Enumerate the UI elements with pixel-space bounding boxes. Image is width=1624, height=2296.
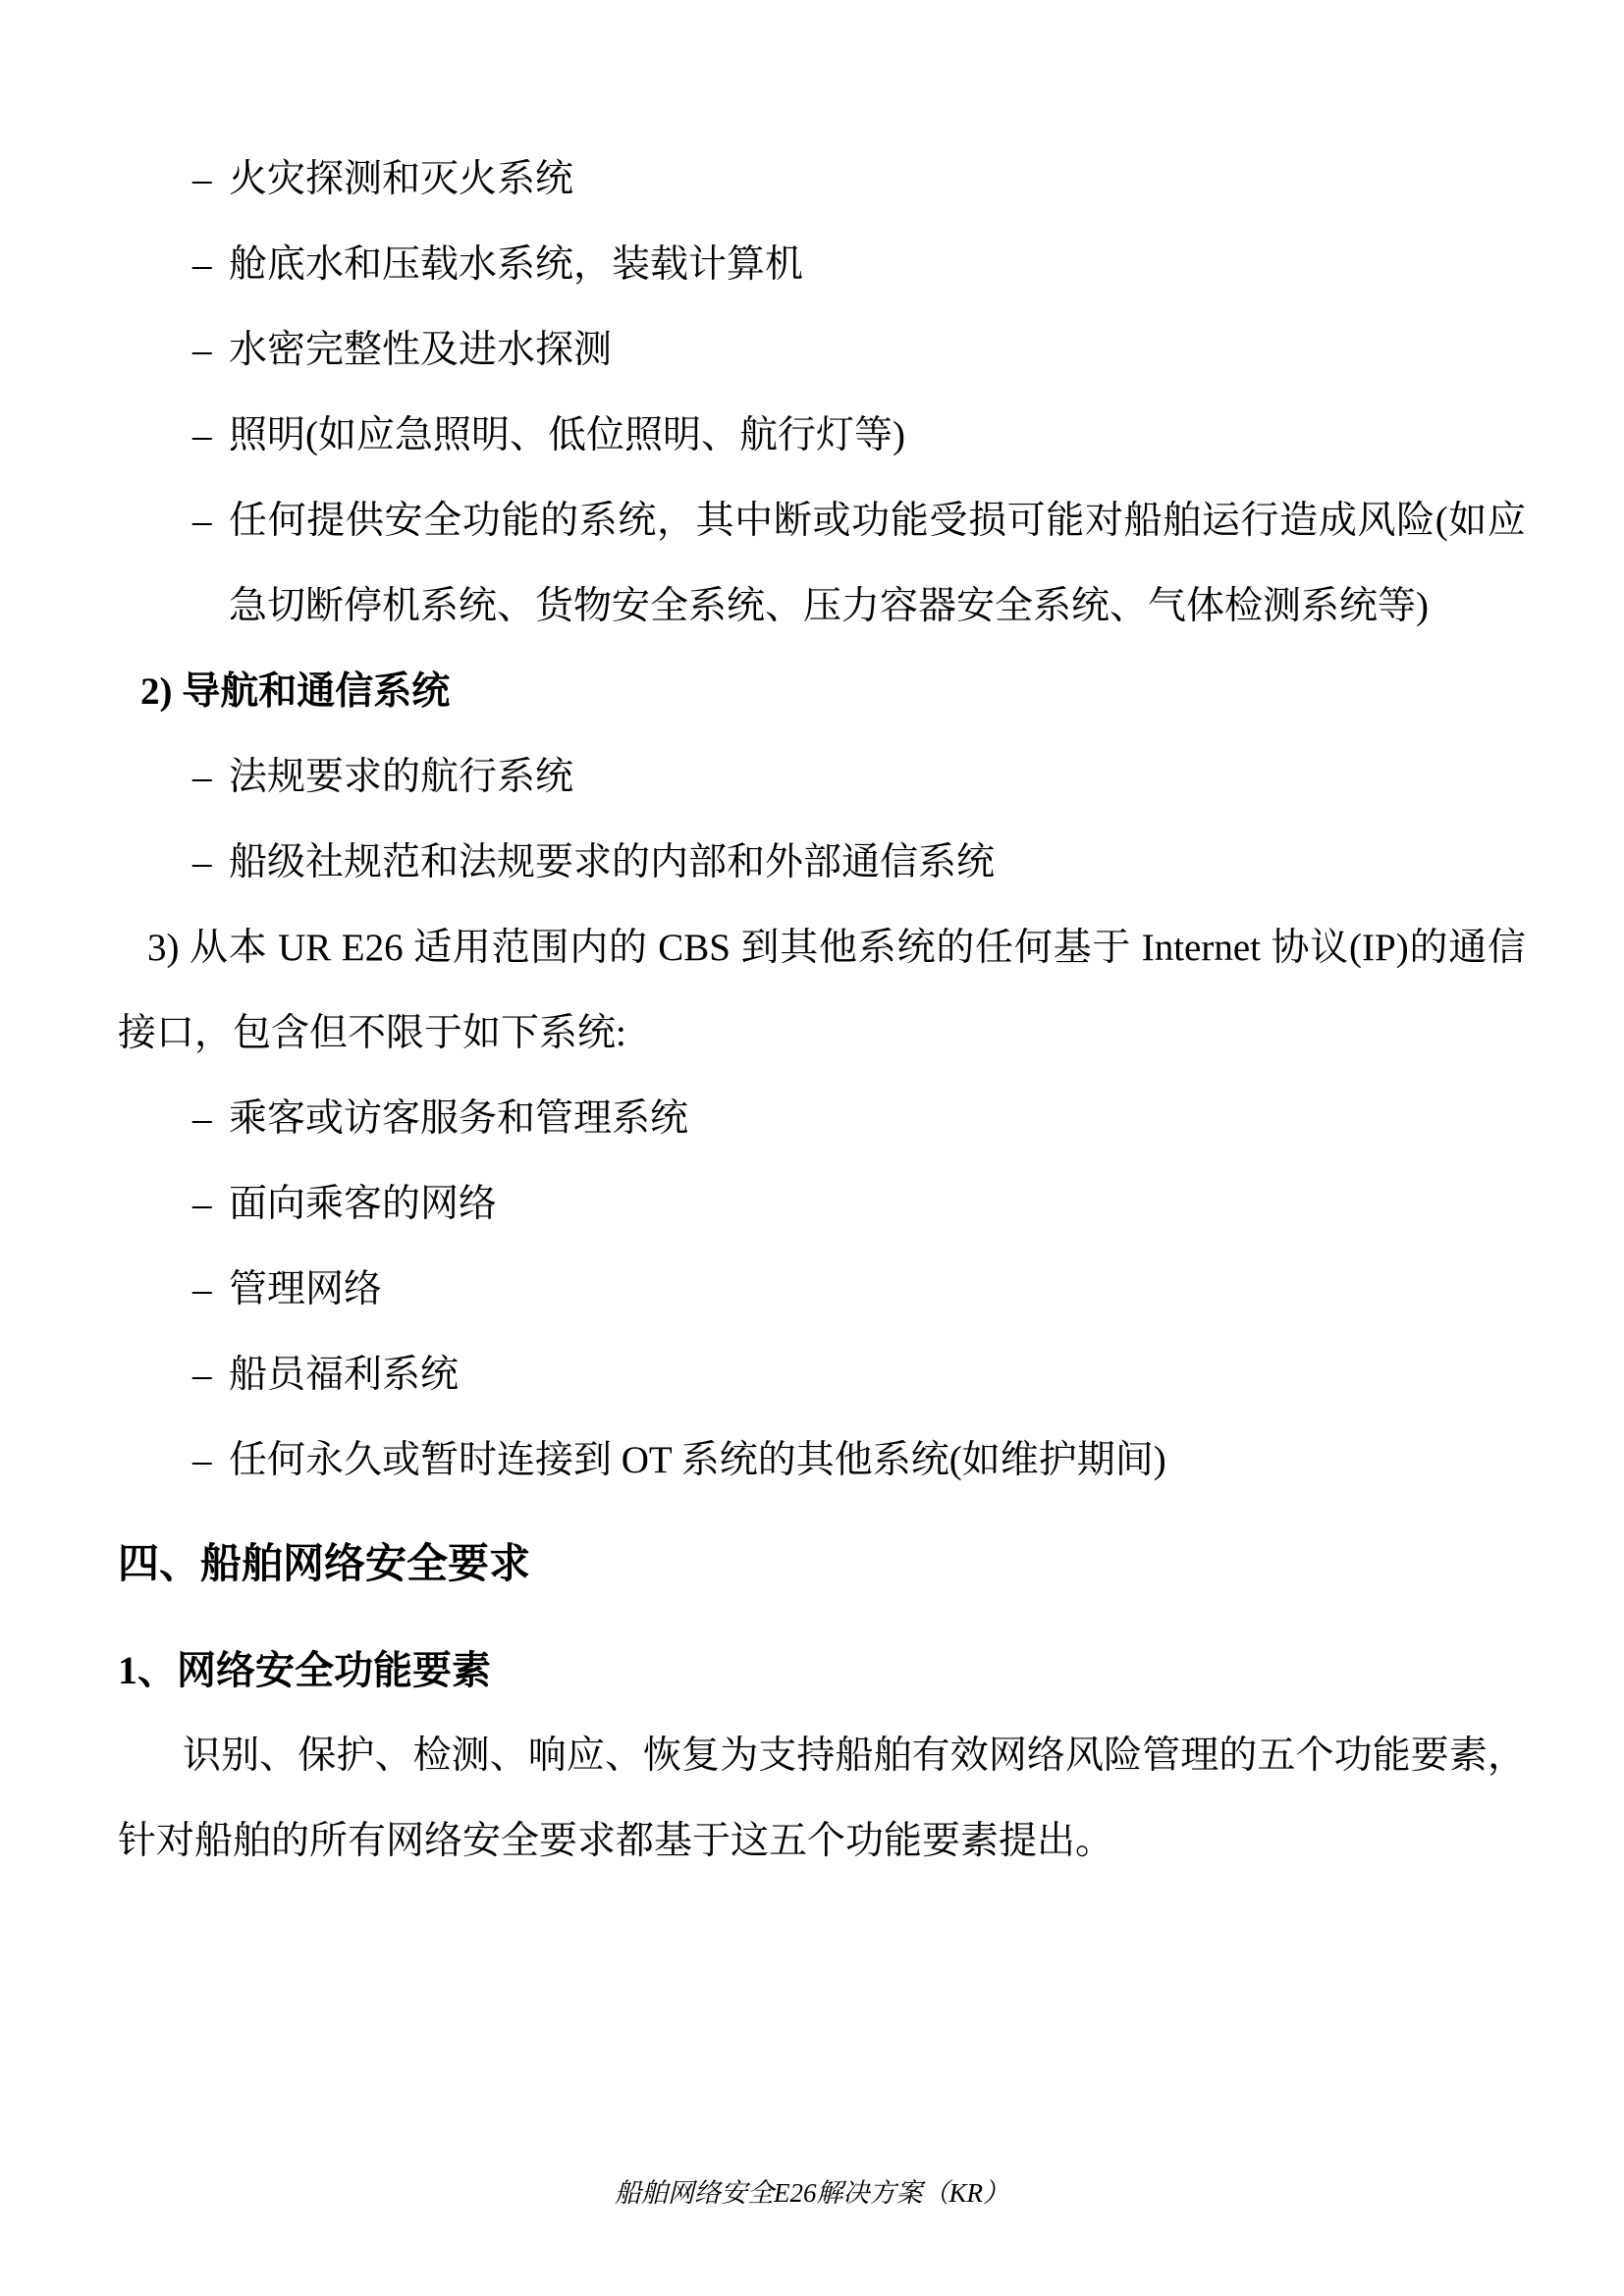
bullet-dash: – xyxy=(192,222,212,307)
heading-section-4: 四、船舶网络安全要求 xyxy=(118,1522,1526,1608)
list-item-text: 法规要求的航行系统 xyxy=(229,756,573,798)
list-item-text: 船员福利系统 xyxy=(229,1354,459,1396)
bullet-dash: – xyxy=(192,136,212,222)
list-item: – 任何永久或暂时连接到 OT 系统的其他系统(如维护期间) xyxy=(118,1417,1526,1503)
list-item: – 任何提供安全功能的系统，其中断或功能受损可能对船舶运行造成风险(如应急切断停… xyxy=(118,478,1526,649)
list-item-text: 任何永久或暂时连接到 OT 系统的其他系统(如维护期间) xyxy=(229,1439,1166,1481)
list-item: – 火灾探测和灭火系统 xyxy=(118,136,1526,222)
page-footer: 船舶网络安全E26解决方案（KR） xyxy=(0,2175,1624,2211)
list-item-text: 管理网络 xyxy=(229,1268,382,1310)
document-page: – 火灾探测和灭火系统 – 舱底水和压载水系统，装载计算机 – 水密完整性及进水… xyxy=(0,0,1624,2296)
bullet-dash: – xyxy=(192,1417,212,1503)
bullet-dash: – xyxy=(192,820,212,905)
list-item: – 水密完整性及进水探测 xyxy=(118,307,1526,393)
list-item: – 船员福利系统 xyxy=(118,1332,1526,1417)
list-item-text: 照明(如应急照明、低位照明、航行灯等) xyxy=(229,414,905,456)
list-item: – 船级社规范和法规要求的内部和外部通信系统 xyxy=(118,820,1526,905)
document-content: – 火灾探测和灭火系统 – 舱底水和压载水系统，装载计算机 – 水密完整性及进水… xyxy=(118,136,1526,1884)
list-item-text: 乘客或访客服务和管理系统 xyxy=(229,1097,688,1140)
list-item-text: 舱底水和压载水系统，装载计算机 xyxy=(229,243,803,286)
paragraph-item-3: 3) 从本 UR E26 适用范围内的 CBS 到其他系统的任何基于 Inter… xyxy=(118,905,1526,1076)
bullet-dash: – xyxy=(192,1247,212,1332)
list-item: – 乘客或访客服务和管理系统 xyxy=(118,1076,1526,1161)
list-item-text: 火灾探测和灭火系统 xyxy=(229,158,573,200)
heading-section-4-1: 1、网络安全功能要素 xyxy=(118,1628,1526,1713)
paragraph-security-functions: 识别、保护、检测、响应、恢复为支持船舶有效网络风险管理的五个功能要素，针对船舶的… xyxy=(118,1713,1526,1884)
list-item: – 舱底水和压载水系统，装载计算机 xyxy=(118,222,1526,307)
bullet-dash: – xyxy=(192,393,212,478)
list-item-text: 船级社规范和法规要求的内部和外部通信系统 xyxy=(229,841,995,883)
bullet-dash: – xyxy=(192,1076,212,1161)
list-item: – 面向乘客的网络 xyxy=(118,1161,1526,1247)
list-item-text: 面向乘客的网络 xyxy=(229,1183,497,1225)
bullet-dash: – xyxy=(192,1161,212,1247)
list-item: – 照明(如应急照明、低位照明、航行灯等) xyxy=(118,393,1526,478)
list-item-text: 任何提供安全功能的系统，其中断或功能受损可能对船舶运行造成风险(如应急切断停机系… xyxy=(229,500,1526,627)
list-item: – 法规要求的航行系统 xyxy=(118,734,1526,820)
bullet-dash: – xyxy=(192,734,212,820)
heading-navigation-communication: 2) 导航和通信系统 xyxy=(118,649,1526,734)
bullet-dash: – xyxy=(192,307,212,393)
list-item-text: 水密完整性及进水探测 xyxy=(229,329,612,371)
bullet-dash: – xyxy=(192,478,212,563)
bullet-dash: – xyxy=(192,1332,212,1417)
list-item: – 管理网络 xyxy=(118,1247,1526,1332)
